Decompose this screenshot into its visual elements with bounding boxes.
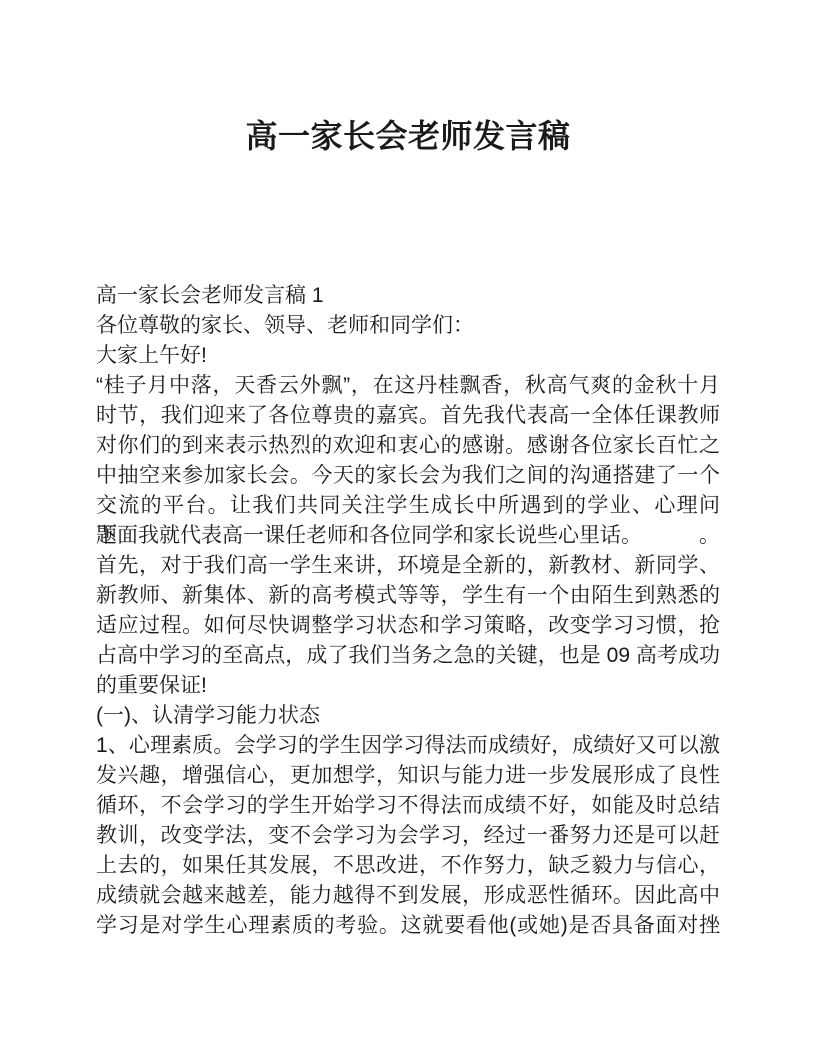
text-line: 上去的，如果任其发展，不思改进，不作努力，缺乏毅力与信心， — [96, 851, 720, 881]
text-line: 各位尊敬的家长、领导、老师和同学们： — [96, 311, 720, 341]
document-title: 高一家长会老师发言稿 — [0, 116, 816, 156]
text-line: 发兴趣，增强信心，更加想学，知识与能力进一步发展形成了良性 — [96, 761, 720, 791]
document-page: 高一家长会老师发言稿 高一家长会老师发言稿 1 各位尊敬的家长、领导、老师和同学… — [0, 0, 816, 1056]
text-line: 交流的平台。让我们共同关注学生成长中所遇到的学业、心理问题。 — [96, 491, 720, 521]
document-body: 高一家长会老师发言稿 1 各位尊敬的家长、领导、老师和同学们： 大家上午好! “… — [96, 281, 720, 941]
text-line: (一)、认清学习能力状态 — [96, 701, 720, 731]
text-line: 占高中学习的至高点，成了我们当务之急的关键，也是 09 高考成功 — [96, 641, 720, 671]
text-line: 的重要保证! — [96, 671, 720, 701]
text-line: 中抽空来参加家长会。今天的家长会为我们之间的沟通搭建了一个 — [96, 461, 720, 491]
text-line: 新教师、新集体、新的高考模式等等，学生有一个由陌生到熟悉的 — [96, 581, 720, 611]
text-line: 成绩就会越来越差，能力越得不到发展，形成恶性循环。因此高中 — [96, 881, 720, 911]
text-line: 循环，不会学习的学生开始学习不得法而成绩不好，如能及时总结 — [96, 791, 720, 821]
text-line: 1、心理素质。会学习的学生因学习得法而成绩好，成绩好又可以激 — [96, 731, 720, 761]
text-line: 下面我就代表高一课任老师和各位同学和家长说些心里话。 — [96, 521, 720, 551]
text-line: 大家上午好! — [96, 341, 720, 371]
text-line: “桂子月中落，天香云外飘”，在这丹桂飘香，秋高气爽的金秋十月 — [96, 371, 720, 401]
text-line: 教训，改变学法，变不会学习为会学习，经过一番努力还是可以赶 — [96, 821, 720, 851]
text-line: 适应过程。如何尽快调整学习状态和学习策略，改变学习习惯，抢 — [96, 611, 720, 641]
text-line: 对你们的到来表示热烈的欢迎和衷心的感谢。感谢各位家长百忙之 — [96, 431, 720, 461]
text-line: 高一家长会老师发言稿 1 — [96, 281, 720, 311]
text-line: 首先，对于我们高一学生来讲，环境是全新的，新教材、新同学、 — [96, 551, 720, 581]
text-line: 学习是对学生心理素质的考验。这就要看他(或她)是否具备面对挫 — [96, 911, 720, 941]
text-line: 时节，我们迎来了各位尊贵的嘉宾。首先我代表高一全体任课教师 — [96, 401, 720, 431]
